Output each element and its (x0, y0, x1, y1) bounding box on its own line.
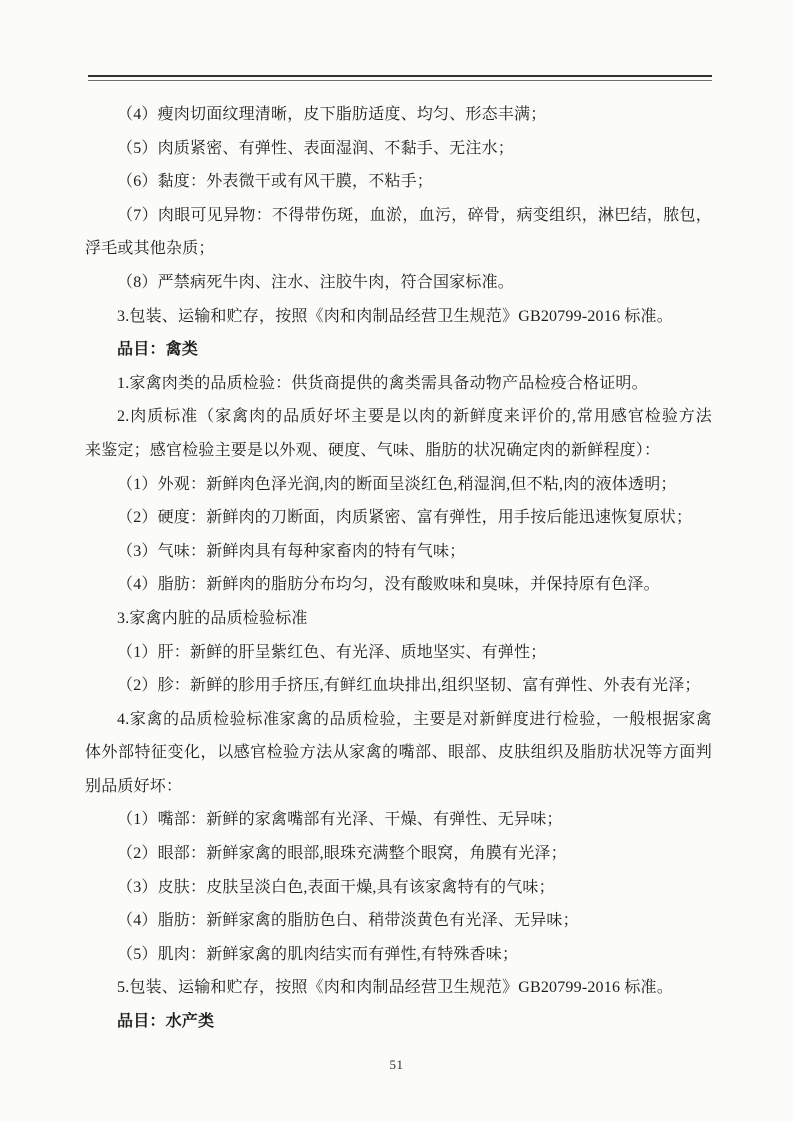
text-line: （5）肉质紧密、有弹性、表面湿润、不黏手、无注水； (85, 132, 712, 166)
text-line: （2）硬度：新鲜肉的刀断面，肉质紧密、富有弹性，用手按后能迅速恢复原状； (85, 501, 712, 535)
text-line: （1）外观：新鲜肉色泽光润,肉的断面呈淡红色,稍湿润,但不粘,肉的液体透明； (85, 468, 712, 502)
text-line: 别品质好坏： (85, 770, 712, 804)
header-rule (88, 75, 712, 81)
text-line: 5.包装、运输和贮存，按照《肉和肉制品经营卫生规范》GB20799-2016 标… (85, 971, 712, 1005)
text-line: （3）气味：新鲜肉具有每种家畜肉的特有气味； (85, 535, 712, 569)
text-line: （4）脂肪：新鲜肉的脂肪分布均匀，没有酸败味和臭味，并保持原有色泽。 (85, 568, 712, 602)
text-line: （5）肌肉：新鲜家禽的肌肉结实而有弹性,有特殊香味； (85, 938, 712, 972)
text-line: 3.包装、运输和贮存，按照《肉和肉制品经营卫生规范》GB20799-2016 标… (85, 300, 712, 334)
text-line: 浮毛或其他杂质； (85, 232, 712, 266)
text-line: （3）皮肤：皮肤呈淡白色,表面干燥,具有该家禽特有的气味； (85, 871, 712, 905)
text-line: （8）严禁病死牛肉、注水、注胶牛肉，符合国家标准。 (85, 266, 712, 300)
document-body: （4）瘦肉切面纹理清晰，皮下脂肪适度、均匀、形态丰满；（5）肉质紧密、有弹性、表… (85, 98, 712, 1039)
section-heading: 品目：禽类 (85, 333, 712, 367)
text-line: （7）肉眼可见异物：不得带伤斑，血淤，血污，碎骨，病变组织，淋巴结，脓包， (85, 199, 712, 233)
page-number: 51 (0, 1055, 793, 1075)
text-line: （2）胗：新鲜的胗用手挤压,有鲜红血块排出,组织坚韧、富有弹性、外表有光泽； (85, 669, 712, 703)
section-heading: 品目：水产类 (85, 1005, 712, 1039)
text-line: （1）肝：新鲜的肝呈紫红色、有光泽、质地坚实、有弹性； (85, 636, 712, 670)
text-line: 1.家禽肉类的品质检验：供货商提供的禽类需具备动物产品检疫合格证明。 (85, 367, 712, 401)
text-line: 2.肉质标准（家禽肉的品质好坏主要是以肉的新鲜度来评价的,常用感官检验方法 (85, 400, 712, 434)
document-page: （4）瘦肉切面纹理清晰，皮下脂肪适度、均匀、形态丰满；（5）肉质紧密、有弹性、表… (0, 0, 793, 1122)
text-line: 体外部特征变化，以感官检验方法从家禽的嘴部、眼部、皮肤组织及脂肪状况等方面判 (85, 736, 712, 770)
text-line: 来鉴定；感官检验主要是以外观、硬度、气味、脂肪的状况确定肉的新鲜程度）： (85, 434, 712, 468)
text-line: （4）瘦肉切面纹理清晰，皮下脂肪适度、均匀、形态丰满； (85, 98, 712, 132)
text-line: （6）黏度：外表微干或有风干膜，不粘手； (85, 165, 712, 199)
text-line: 3.家禽内脏的品质检验标准 (85, 602, 712, 636)
text-line: 4.家禽的品质检验标准家禽的品质检验，主要是对新鲜度进行检验，一般根据家禽 (85, 703, 712, 737)
text-line: （1）嘴部：新鲜的家禽嘴部有光泽、干燥、有弹性、无异味； (85, 803, 712, 837)
text-line: （4）脂肪：新鲜家禽的脂肪色白、稍带淡黄色有光泽、无异味； (85, 904, 712, 938)
text-line: （2）眼部：新鲜家禽的眼部,眼珠充满整个眼窝，角膜有光泽； (85, 837, 712, 871)
